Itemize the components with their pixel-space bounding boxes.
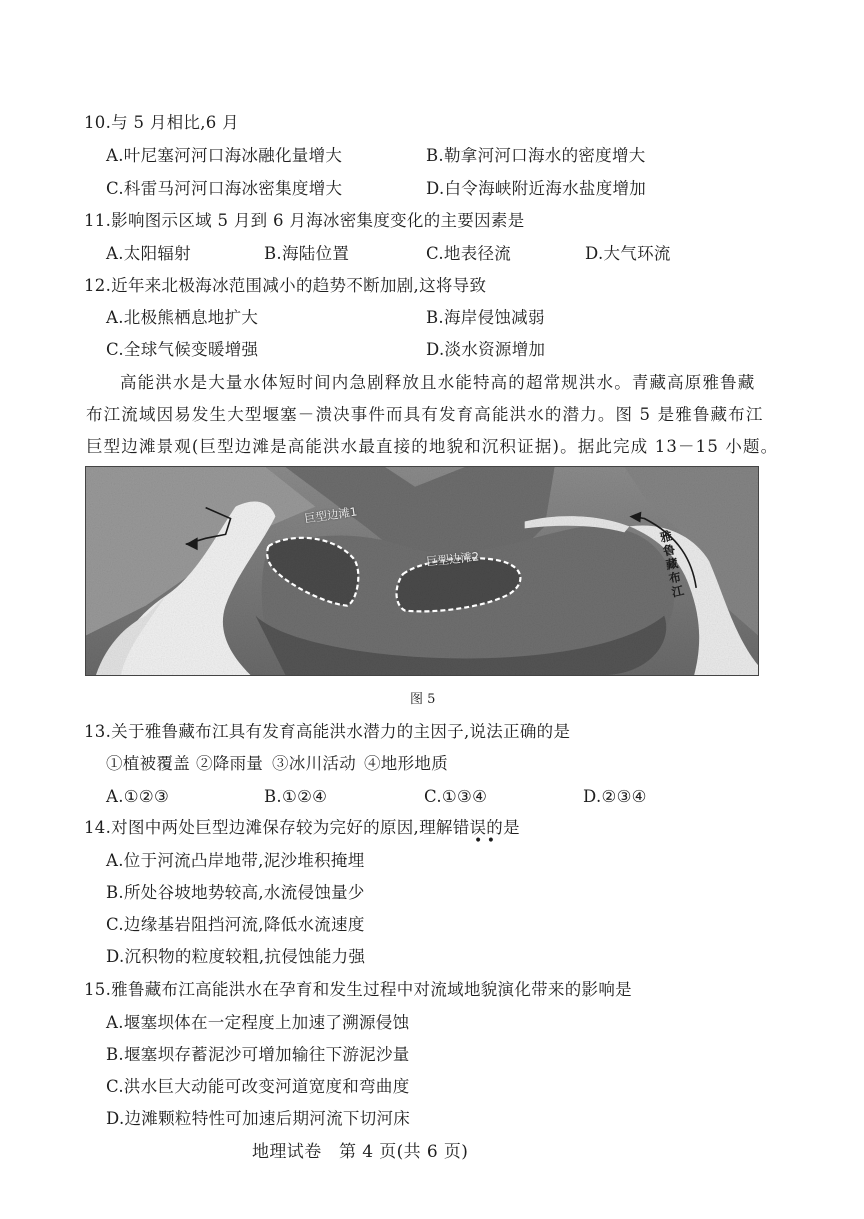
option-text: 洪水巨大动能可改变河道宽度和弯曲度: [124, 1077, 410, 1096]
option-text: 沉积物的粒度较粗,抗侵蚀能力强: [125, 947, 366, 966]
option-label: B.: [426, 146, 444, 165]
option-label: D.: [426, 179, 445, 198]
question-text: 对图中两处巨型边滩保存较为完好的原因,理解错误的是: [111, 818, 520, 837]
q12-option-b[interactable]: B.海岸侵蚀减弱: [426, 307, 545, 329]
emphasis-dots: • •: [474, 836, 495, 846]
q15-option-d[interactable]: D.边滩颗粒特性可加速后期河流下切河床: [106, 1108, 410, 1130]
option-text: ①③④: [442, 787, 487, 806]
q13-factor-1: ①植被覆盖: [106, 753, 190, 775]
question-11-stem: 11.影响图示区域 5 月到 6 月海冰密集度变化的主要因素是: [84, 210, 525, 232]
question-13-stem: 13.关于雅鲁藏布江具有发育高能洪水潜力的主因子,说法正确的是: [84, 721, 570, 743]
q15-option-b[interactable]: B.堰塞坝存蓄泥沙可增加输往下游泥沙量: [106, 1044, 410, 1066]
question-text: 雅鲁藏布江高能洪水在孕育和发生过程中对流域地貌演化带来的影响是: [111, 980, 632, 999]
q14-option-d[interactable]: D.沉积物的粒度较粗,抗侵蚀能力强: [106, 946, 365, 968]
option-label: A.: [106, 851, 124, 870]
option-text: 科雷马河河口海冰密集度增大: [124, 179, 342, 198]
q11-option-a[interactable]: A.太阳辐射: [106, 243, 191, 265]
q10-option-c[interactable]: C.科雷马河河口海冰密集度增大: [106, 178, 342, 200]
option-text: 边滩颗粒特性可加速后期河流下切河床: [125, 1109, 411, 1128]
q11-option-d[interactable]: D.大气环流: [585, 243, 671, 265]
option-text: 太阳辐射: [124, 244, 191, 263]
option-label: C.: [106, 179, 124, 198]
option-label: C.: [106, 340, 124, 359]
option-text: 位于河流凸岸地带,泥沙堆积掩埋: [124, 851, 365, 870]
option-label: B.: [426, 308, 444, 327]
q11-option-c[interactable]: C.地表径流: [426, 243, 511, 265]
question-text: 影响图示区域 5 月到 6 月海冰密集度变化的主要因素是: [111, 211, 524, 230]
option-label: C.: [106, 1077, 124, 1096]
q11-option-b[interactable]: B.海陆位置: [264, 243, 349, 265]
q12-option-a[interactable]: A.北极熊栖息地扩大: [106, 307, 258, 329]
option-label: A.: [106, 1013, 124, 1032]
q14-option-c[interactable]: C.边缘基岩阻挡河流,降低水流速度: [106, 914, 365, 936]
question-number: 11.: [84, 211, 111, 230]
option-text: ②③④: [602, 787, 647, 806]
passage-line-3: 巨型边滩景观(巨型边滩是高能洪水最直接的地貌和沉积证据)。据此完成 13－15 …: [86, 436, 778, 458]
option-text: 大气环流: [604, 244, 671, 263]
option-text: 白令海峡附近海水盐度增加: [445, 179, 647, 198]
option-label: B.: [106, 1045, 124, 1064]
option-text: 勒拿河河口海水的密度增大: [444, 146, 646, 165]
question-text: 近年来北极海冰范围减小的趋势不断加剧,这将导致: [111, 276, 486, 295]
q10-option-b[interactable]: B.勒拿河河口海水的密度增大: [426, 145, 646, 167]
q14-option-b[interactable]: B.所处谷坡地势较高,水流侵蚀量少: [106, 882, 365, 904]
q14-option-a[interactable]: A.位于河流凸岸地带,泥沙堆积掩埋: [106, 850, 365, 872]
q13-option-c[interactable]: C.①③④: [424, 786, 487, 808]
option-label: D.: [426, 340, 445, 359]
option-label: B.: [264, 244, 282, 263]
passage-line-1: 高能洪水是大量水体短时间内急剧释放且水能特高的超常规洪水。青藏高原雅鲁藏: [120, 372, 755, 394]
option-label: D.: [106, 1109, 125, 1128]
q13-option-b[interactable]: B.①②④: [264, 786, 327, 808]
q10-option-d[interactable]: D.白令海峡附近海水盐度增加: [426, 178, 646, 200]
passage-line-2: 布江流域因易发生大型堰塞－溃决事件而具有发育高能洪水的潜力。图 5 是雅鲁藏布江: [86, 404, 764, 426]
question-number: 10.: [84, 113, 111, 132]
option-text: ①②④: [282, 787, 327, 806]
option-label: D.: [106, 947, 125, 966]
question-14-stem: 14.对图中两处巨型边滩保存较为完好的原因,理解错误的是: [84, 817, 520, 839]
page-footer: 地理试卷 第 4 页(共 6 页): [252, 1141, 468, 1163]
question-15-stem: 15.雅鲁藏布江高能洪水在孕育和发生过程中对流域地貌演化带来的影响是: [84, 979, 632, 1001]
q13-factor-2: ②降雨量: [196, 753, 263, 775]
option-text: 全球气候变暖增强: [124, 340, 258, 359]
option-text: 海陆位置: [282, 244, 349, 263]
q13-option-d[interactable]: D.②③④: [583, 786, 647, 808]
question-number: 13.: [84, 722, 111, 741]
option-label: A.: [106, 308, 124, 327]
option-label: B.: [106, 883, 124, 902]
option-label: B.: [264, 787, 282, 806]
q13-factor-4: ④地形地质: [364, 753, 448, 775]
q15-option-c[interactable]: C.洪水巨大动能可改变河道宽度和弯曲度: [106, 1076, 410, 1098]
option-text: 叶尼塞河河口海冰融化量增大: [124, 146, 342, 165]
figure-caption: 图 5: [410, 692, 435, 708]
option-text: 海岸侵蚀减弱: [444, 308, 545, 327]
option-label: C.: [426, 244, 444, 263]
option-label: A.: [106, 787, 124, 806]
question-text: 与 5 月相比,6 月: [111, 113, 239, 132]
q12-option-c[interactable]: C.全球气候变暖增强: [106, 339, 258, 361]
option-text: 北极熊栖息地扩大: [124, 308, 258, 327]
q15-option-a[interactable]: A.堰塞坝体在一定程度上加速了溯源侵蚀: [106, 1012, 409, 1034]
option-text: 边缘基岩阻挡河流,降低水流速度: [124, 915, 365, 934]
question-text: 关于雅鲁藏布江具有发育高能洪水潜力的主因子,说法正确的是: [111, 722, 570, 741]
option-label: C.: [106, 915, 124, 934]
option-label: C.: [424, 787, 442, 806]
option-text: 堰塞坝体在一定程度上加速了溯源侵蚀: [124, 1013, 410, 1032]
question-number: 12.: [84, 276, 111, 295]
figure-5-photo: 巨型边滩1 巨型边滩2 雅鲁藏布江: [85, 466, 759, 676]
option-text: 地表径流: [444, 244, 511, 263]
question-number: 15.: [84, 980, 111, 999]
question-12-stem: 12.近年来北极海冰范围减小的趋势不断加剧,这将导致: [84, 275, 486, 297]
question-10-stem: 10.与 5 月相比,6 月: [84, 112, 239, 134]
option-label: A.: [106, 244, 124, 263]
option-text: 淡水资源增加: [445, 340, 546, 359]
option-text: 堰塞坝存蓄泥沙可增加输往下游泥沙量: [124, 1045, 410, 1064]
q10-option-a[interactable]: A.叶尼塞河河口海冰融化量增大: [106, 145, 342, 167]
question-number: 14.: [84, 818, 111, 837]
option-text: 所处谷坡地势较高,水流侵蚀量少: [124, 883, 365, 902]
option-label: A.: [106, 146, 124, 165]
option-text: ①②③: [124, 787, 169, 806]
q13-option-a[interactable]: A.①②③: [106, 786, 169, 808]
q12-option-d[interactable]: D.淡水资源增加: [426, 339, 545, 361]
option-label: D.: [583, 787, 602, 806]
option-label: D.: [585, 244, 604, 263]
valley-landscape-image: [86, 467, 758, 675]
q13-factor-3: ③冰川活动: [272, 753, 356, 775]
